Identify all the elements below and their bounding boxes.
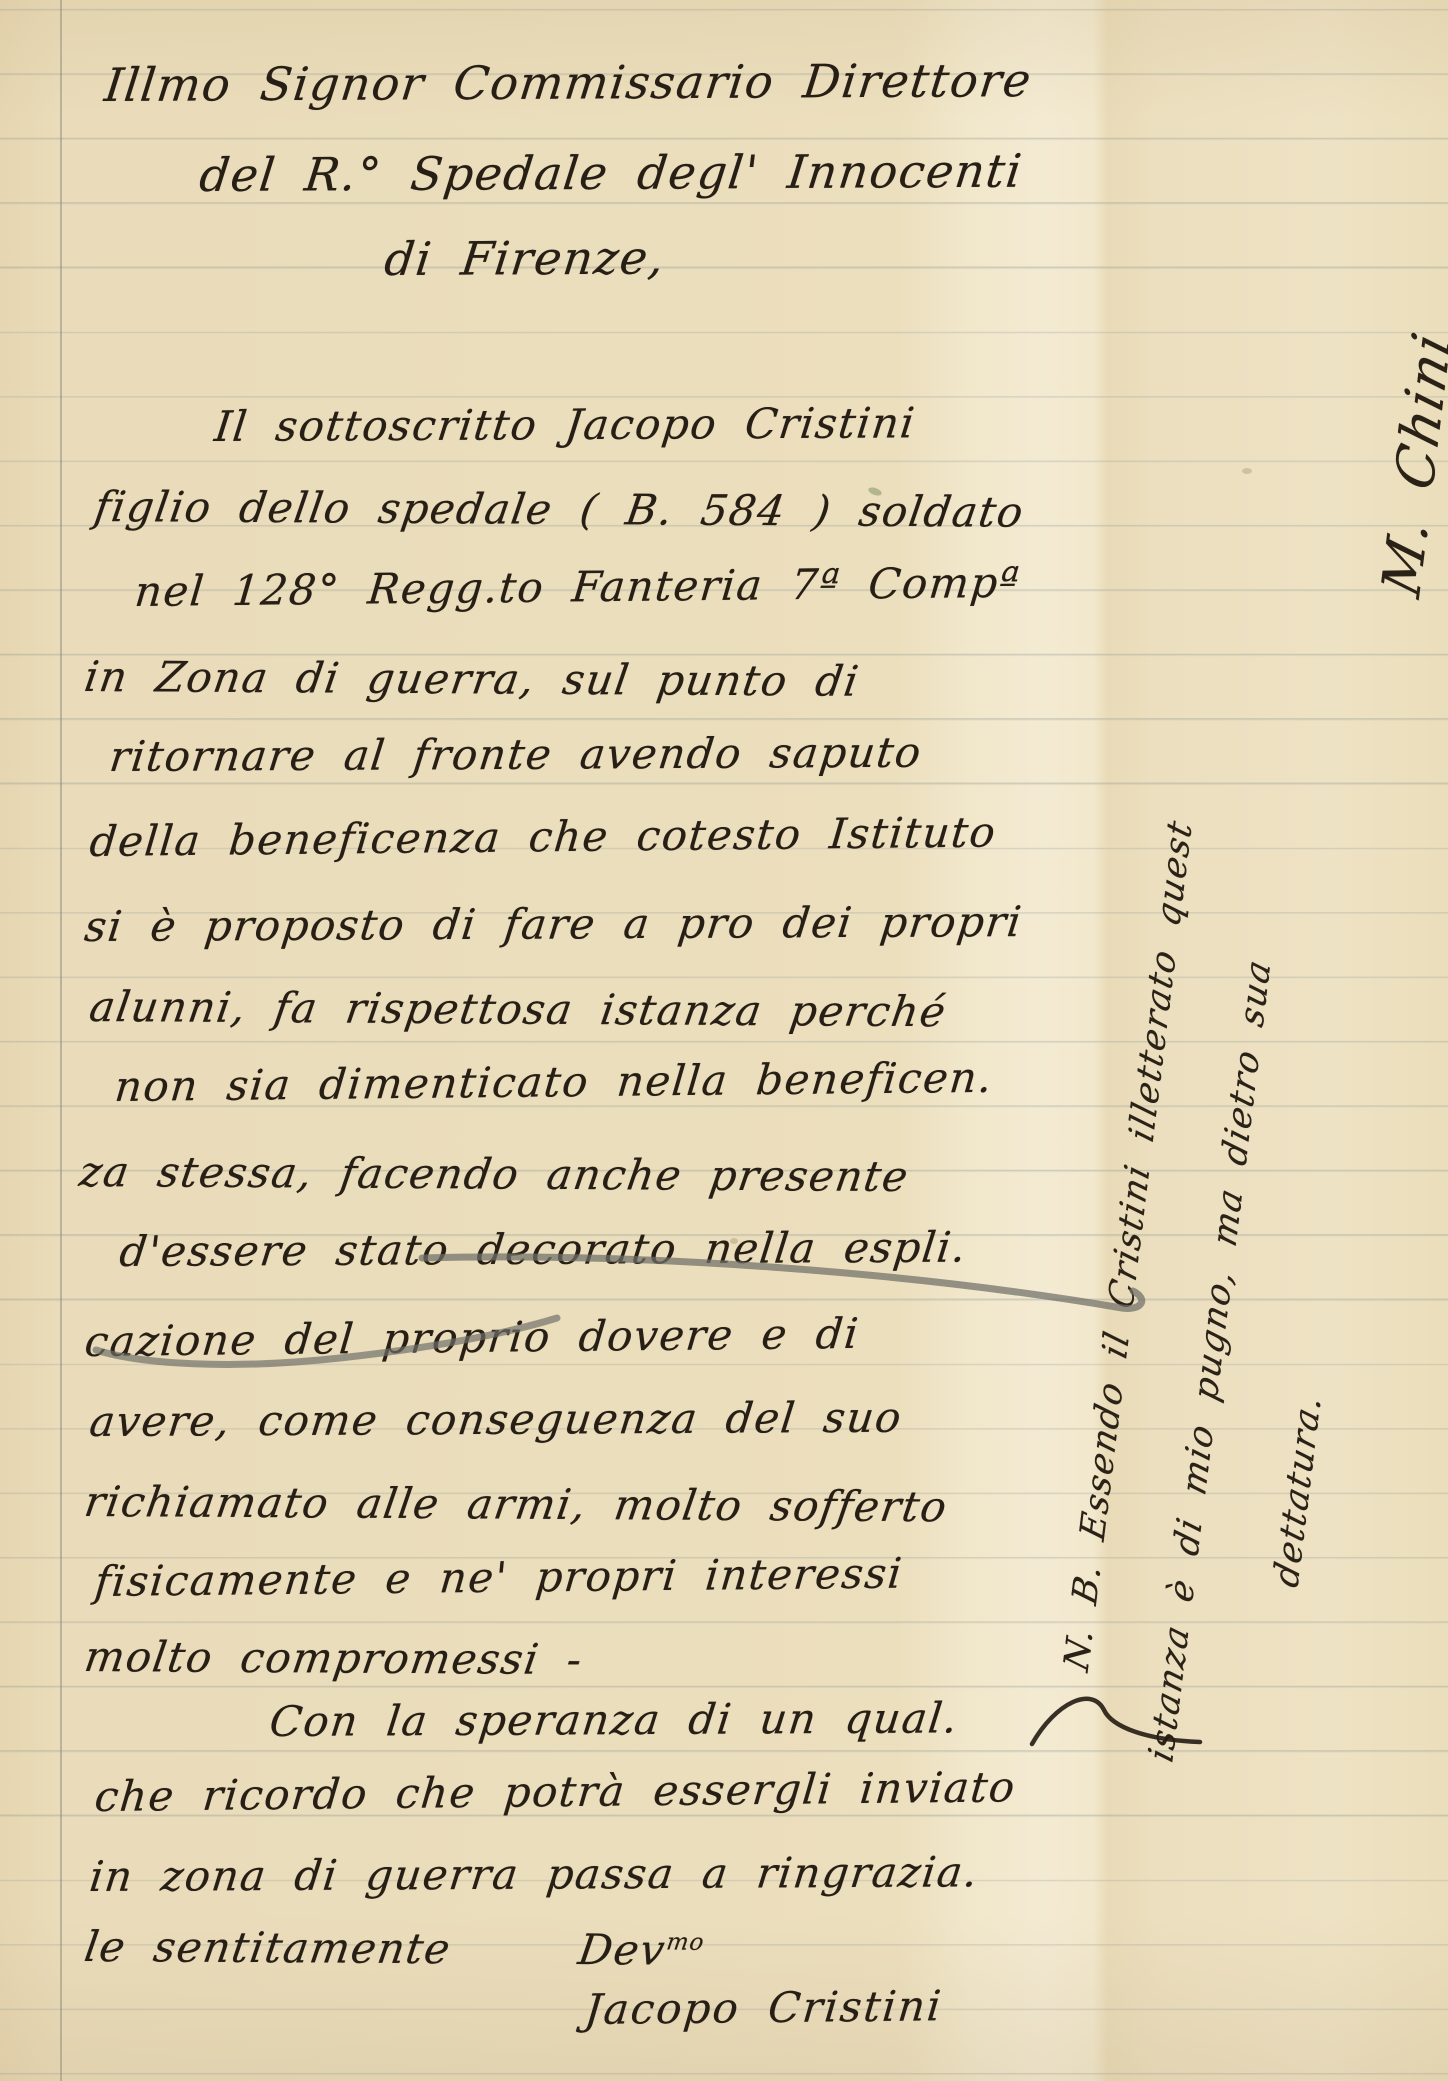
- signature: Jacopo Cristini: [583, 1981, 945, 2034]
- body-line-16: molto compromessi -: [81, 1632, 586, 1684]
- body-line-11: d'essere stato decorato nella espli.: [117, 1223, 970, 1276]
- body-line-2: figlio dello spedale ( B. 584 ) soldato: [91, 482, 1027, 537]
- body-line-6: della beneficenza che cotesto Istituto: [88, 808, 999, 866]
- closing-gap: [449, 1963, 577, 1964]
- closing-text: le sentitamente: [81, 1922, 454, 1973]
- body-line-8: alunni, fa rispettosa istanza perché: [86, 982, 950, 1036]
- body-line-20: le sentitamenteDevmo: [81, 1922, 707, 1975]
- body-line-3: nel 128° Regg.to Fanteria 7ª Compª: [133, 558, 1023, 616]
- body-line-9: non sia dimenticato nella beneficen.: [113, 1053, 996, 1111]
- body-line-17: Con la speranza di un qual.: [267, 1693, 961, 1746]
- body-line-14: richiamato alle armi, molto sofferto: [81, 1477, 951, 1531]
- body-line-5: ritornare al fronte avendo saputo: [107, 728, 925, 781]
- body-line-12: cazione del proprio dovere e di: [83, 1309, 862, 1366]
- body-line-4: in Zona di guerra, sul punto di: [81, 652, 862, 706]
- body-line-15: fisicamente e ne' propri interessi: [93, 1549, 906, 1606]
- body-line-1: Il sottoscritto Jacopo Cristini: [212, 398, 918, 451]
- body-line-13: avere, come conseguenza del suo: [87, 1393, 905, 1446]
- heading-line-1: Illmo Signor Commissario Direttore: [102, 53, 1035, 112]
- body-line-18: che ricordo che potrà essergli inviato: [93, 1762, 1018, 1821]
- margin-note-line-3-text: dettatura.: [1241, 1382, 1357, 1600]
- body-line-19: in zona di guerra passa a ringrazia.: [87, 1847, 981, 1901]
- heading-line-2: del R.° Spedale degl' Innocenti: [197, 144, 1026, 202]
- letter-page: Illmo Signor Commissario Direttore del R…: [0, 0, 1448, 2081]
- valediction-superscript: mo: [665, 1930, 707, 1956]
- body-line-7: si è proposto di fare a pro dei propri: [82, 897, 1025, 951]
- heading-line-3: di Firenze,: [382, 231, 668, 286]
- body-line-10: za stessa, facendo anche presente: [76, 1147, 912, 1201]
- margin-rule-line: [60, 0, 62, 2081]
- valediction-abbreviation: Dev: [575, 1925, 669, 1975]
